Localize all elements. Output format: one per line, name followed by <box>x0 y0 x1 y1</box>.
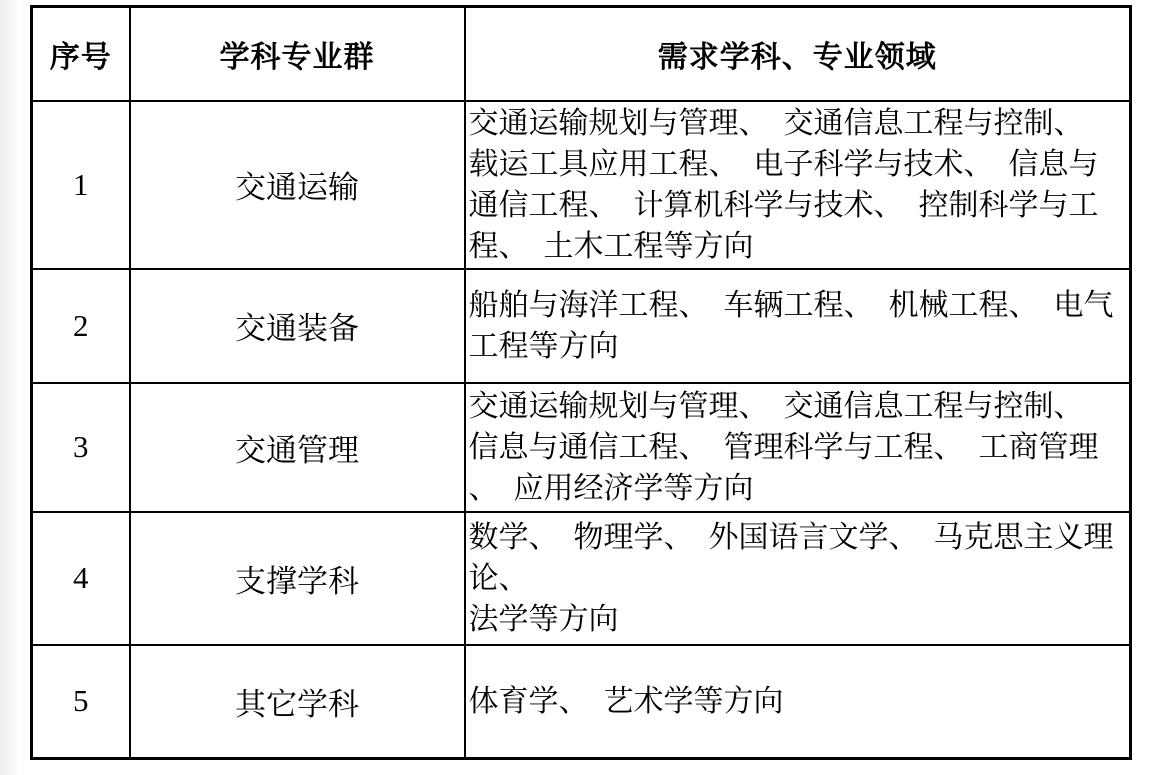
header-row: 序号 学科专业群 需求学科、专业领域 <box>32 7 1131 101</box>
demand-line: 船舶与海洋工程、 车辆工程、 机械工程、 电气 <box>469 285 1127 326</box>
group-cell: 支撑学科 <box>130 512 465 645</box>
header-col-index: 序号 <box>32 7 130 101</box>
header-col-group: 学科专业群 <box>130 7 465 101</box>
row-index-cell: 5 <box>32 645 130 759</box>
page-edge-shadow <box>0 0 22 775</box>
row-index-cell: 1 <box>32 101 130 269</box>
demand-cell: 体育学、 艺术学等方向 <box>465 645 1131 759</box>
header-col-demand: 需求学科、专业领域 <box>465 7 1131 101</box>
demand-line: 交通运输规划与管理、 交通信息工程与控制、 <box>469 386 1127 427</box>
table-row: 5其它学科体育学、 艺术学等方向 <box>32 645 1131 759</box>
demand-cell: 数学、 物理学、 外国语言文学、 马克思主义理论、法学等方向 <box>465 512 1131 645</box>
table-body: 1交通运输交通运输规划与管理、 交通信息工程与控制、载运工具应用工程、 电子科学… <box>32 101 1131 759</box>
demand-cell: 交通运输规划与管理、 交通信息工程与控制、载运工具应用工程、 电子科学与技术、 … <box>465 101 1131 269</box>
demand-line: 载运工具应用工程、 电子科学与技术、 信息与 <box>469 144 1127 185</box>
demand-cell: 船舶与海洋工程、 车辆工程、 机械工程、 电气工程等方向 <box>465 269 1131 383</box>
group-cell: 其它学科 <box>130 645 465 759</box>
table-header: 序号 学科专业群 需求学科、专业领域 <box>32 7 1131 101</box>
demand-line: 工程等方向 <box>469 326 1127 367</box>
group-cell: 交通运输 <box>130 101 465 269</box>
demand-line: 通信工程、 计算机科学与技术、 控制科学与工 <box>469 185 1127 226</box>
group-cell: 交通管理 <box>130 383 465 512</box>
row-index-cell: 2 <box>32 269 130 383</box>
row-index-cell: 4 <box>32 512 130 645</box>
row-index-cell: 3 <box>32 383 130 512</box>
table-row: 2交通装备船舶与海洋工程、 车辆工程、 机械工程、 电气工程等方向 <box>32 269 1131 383</box>
table-row: 4支撑学科数学、 物理学、 外国语言文学、 马克思主义理论、法学等方向 <box>32 512 1131 645</box>
demand-line: 论、 <box>469 558 1127 599</box>
disciplines-table: 序号 学科专业群 需求学科、专业领域 1交通运输交通运输规划与管理、 交通信息工… <box>30 5 1132 760</box>
group-cell: 交通装备 <box>130 269 465 383</box>
demand-line: 法学等方向 <box>469 599 1127 640</box>
table-row: 3交通管理交通运输规划与管理、 交通信息工程与控制、信息与通信工程、 管理科学与… <box>32 383 1131 512</box>
demand-cell: 交通运输规划与管理、 交通信息工程与控制、信息与通信工程、 管理科学与工程、 工… <box>465 383 1131 512</box>
table-row: 1交通运输交通运输规划与管理、 交通信息工程与控制、载运工具应用工程、 电子科学… <box>32 101 1131 269</box>
demand-line: 数学、 物理学、 外国语言文学、 马克思主义理 <box>469 517 1127 558</box>
demand-line: 程、 土木工程等方向 <box>469 226 1127 267</box>
demand-line: 、 应用经济学等方向 <box>469 468 1127 509</box>
demand-line: 交通运输规划与管理、 交通信息工程与控制、 <box>469 103 1127 144</box>
demand-line: 信息与通信工程、 管理科学与工程、 工商管理 <box>469 427 1127 468</box>
demand-line: 体育学、 艺术学等方向 <box>469 681 1127 722</box>
